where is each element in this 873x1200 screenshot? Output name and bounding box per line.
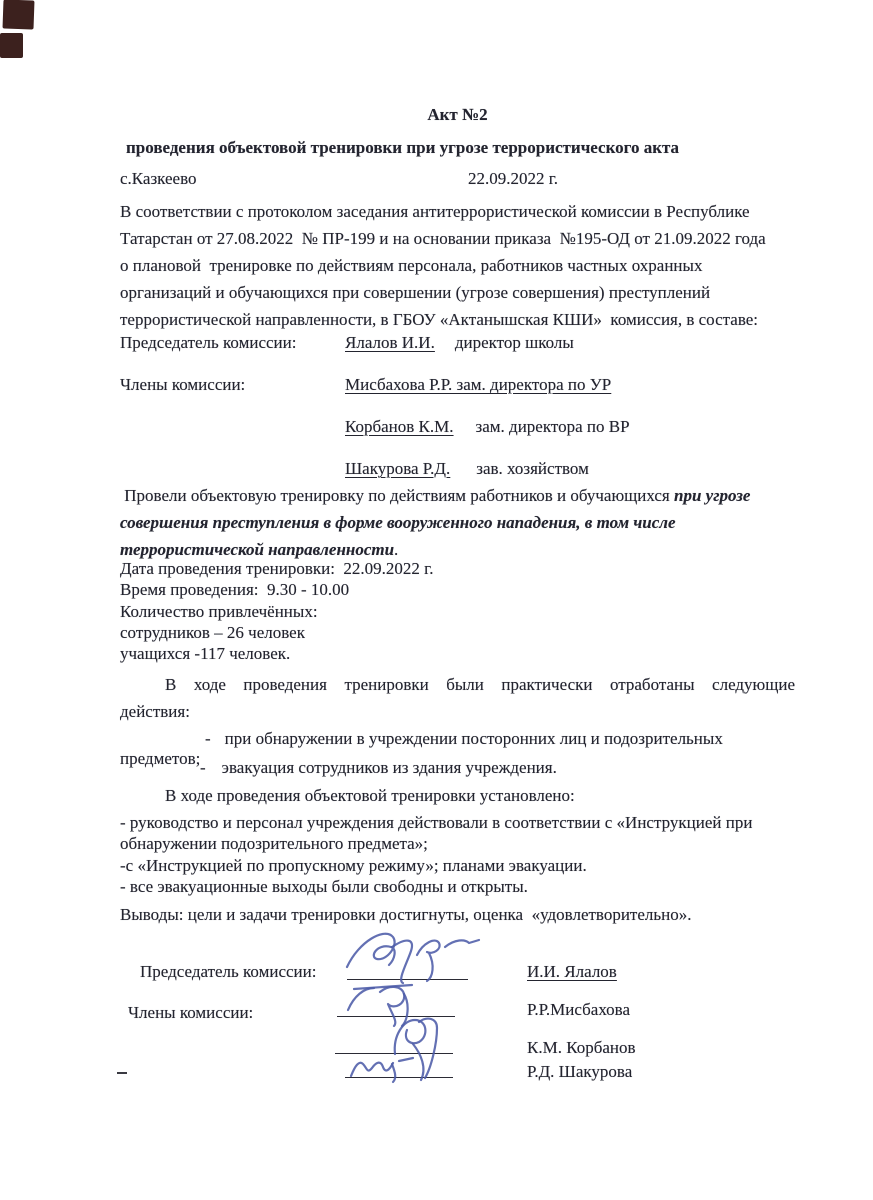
detail-line: Время проведения: 9.30 - 10.00	[120, 579, 795, 600]
commission-member-row: Корбанов К.М.зам. директора по ВР	[345, 417, 630, 437]
conducted-text: Провели объектовую тренировку по действи…	[120, 486, 674, 505]
findings-list: - руководство и персонал учреждения дейс…	[120, 812, 795, 897]
actions-lead-line: В ходе проведения тренировки были практи…	[120, 671, 795, 698]
findings-line: - все эвакуационные выходы были свободны…	[120, 876, 795, 897]
conducted-emphasis: террористической направленности	[120, 540, 394, 559]
commission-chair-value: Ялалов И.И.директор школы	[345, 333, 574, 353]
intro-line: Татарстан от 27.08.2022 № ПР-199 и на ос…	[120, 225, 795, 252]
signature-name: К.М. Корбанов	[527, 1038, 636, 1058]
signature-members-label: Члены комиссии:	[128, 1003, 253, 1023]
findings-lead: В ходе проведения объектовой тренировки …	[120, 786, 795, 806]
intro-line: организаций и обучающихся при совершении…	[120, 279, 795, 306]
detail-line: Количество привлечённых:	[120, 601, 795, 622]
detail-line: учащихся -117 человек.	[120, 643, 795, 664]
action-item: -эвакуация сотрудников из здания учрежде…	[120, 758, 795, 778]
document-page: Акт №2 проведения объектовой тренировки …	[0, 0, 873, 1200]
signature-chair-label: Председатель комиссии:	[140, 962, 316, 982]
doc-subtitle: проведения объектовой тренировки при угр…	[126, 138, 795, 158]
intro-line: о плановой тренировке по действиям персо…	[120, 252, 795, 279]
conducted-text: .	[394, 540, 398, 559]
actions-lead: В ходе проведения тренировки были практи…	[120, 671, 795, 725]
commission-member-name: Шакурова Р.Д.	[345, 459, 450, 478]
commission-members-label: Члены комиссии:	[120, 375, 245, 395]
action-item-text: эвакуация сотрудников из здания учрежден…	[222, 758, 557, 777]
commission-member-role: зав. хозяйством	[476, 459, 589, 478]
scan-stray-dash	[117, 1072, 127, 1074]
commission-member-role: директор школы	[455, 333, 574, 352]
signature-name: И.И. Ялалов	[527, 962, 617, 982]
handwritten-signature-member	[345, 1048, 430, 1086]
commission-member-row: Шакурова Р.Д.зав. хозяйством	[345, 459, 589, 479]
signature-name: Р.Д. Шакурова	[527, 1062, 632, 1082]
commission-member-name: Мисбахова Р.Р. зам. директора по УР	[345, 375, 611, 394]
actions-lead-line: действия:	[120, 698, 795, 725]
intro-line: В соответствии с протоколом заседания ан…	[120, 198, 795, 225]
findings-line: обнаружении подозрительного предмета»;	[120, 833, 795, 854]
doc-date: 22.09.2022 г.	[468, 169, 558, 189]
bullet-dash: -	[205, 729, 211, 748]
signature-name: Р.Р.Мисбахова	[527, 1000, 630, 1020]
doc-title: Акт №2	[120, 105, 795, 125]
conducted-paragraph: Провели объектовую тренировку по действи…	[120, 482, 795, 563]
findings-line: -с «Инструкцией по пропускному режиму»; …	[120, 855, 795, 876]
training-details: Дата проведения тренировки: 22.09.2022 г…	[120, 558, 795, 664]
commission-member-name: Корбанов К.М.	[345, 417, 454, 436]
bullet-dash: -	[200, 758, 206, 777]
scan-corner-mark	[3, 0, 35, 30]
conducted-emphasis: при угрозе	[674, 486, 750, 505]
commission-chair-label: Председатель комиссии:	[120, 333, 296, 353]
detail-line: сотрудников – 26 человек	[120, 622, 795, 643]
commission-member-role: зам. директора по ВР	[476, 417, 630, 436]
commission-member-row: Мисбахова Р.Р. зам. директора по УР	[345, 375, 611, 395]
doc-place: с.Казкеево	[120, 169, 197, 189]
scan-corner-mark	[0, 33, 23, 58]
intro-line: террористической направленности, в ГБОУ …	[120, 306, 795, 333]
detail-line: Дата проведения тренировки: 22.09.2022 г…	[120, 558, 795, 579]
commission-member-name: Ялалов И.И.	[345, 333, 435, 352]
intro-paragraph: В соответствии с протоколом заседания ан…	[120, 198, 795, 333]
conducted-emphasis: совершения преступления в форме вооружен…	[120, 513, 676, 532]
findings-line: - руководство и персонал учреждения дейс…	[120, 812, 795, 833]
conclusion-text: Выводы: цели и задачи тренировки достигн…	[120, 905, 795, 925]
